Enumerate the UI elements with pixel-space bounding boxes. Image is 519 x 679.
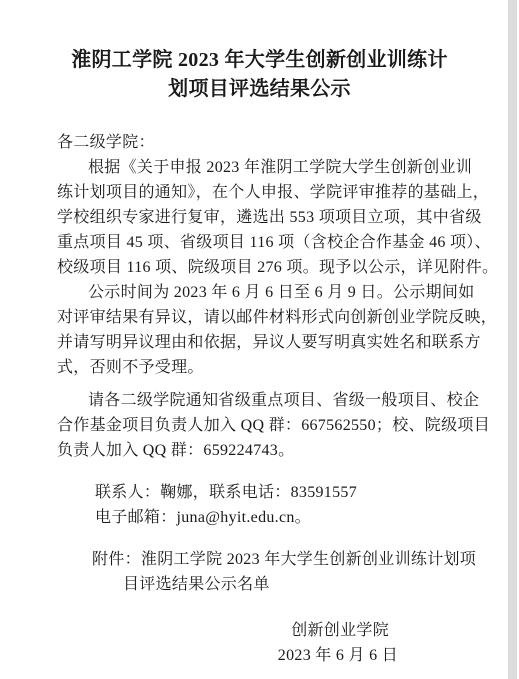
- paragraph-line: 请各二级学院通知省级重点项目、省级一般项目、校企: [57, 388, 469, 413]
- contact-block: 联系人：鞠娜，联系电话：83591557 电子邮箱：juna@hyit.edu.…: [57, 480, 469, 530]
- paragraph-line: 公示时间为 2023 年 6 月 6 日至 6 月 9 日。公示期间如: [57, 280, 469, 305]
- paragraph-selection-basis: 根据《关于申报 2023 年淮阴工学院大学生创新创业训 练计划项目的通知》，在个…: [57, 155, 469, 280]
- attachment-block: 附件：淮阴工学院 2023 年大学生创新创业训练计划项 目评选结果公示名单: [57, 547, 469, 597]
- paragraph-line: 校级项目 116 项、院级项目 276 项。现予以公示，详见附件。: [57, 255, 469, 280]
- document-title: 淮阴工学院 2023 年大学生创新创业训练计 划项目评选结果公示: [0, 46, 519, 104]
- paragraph-line: 式，否则不予受理。: [57, 355, 469, 380]
- paragraph-line: 并请写明异议理由和依据，异议人要写明真实姓名和联系方: [57, 330, 469, 355]
- document-body: 各二级学院： 根据《关于申报 2023 年淮阴工学院大学生创新创业训 练计划项目…: [0, 130, 519, 668]
- paragraph-line: 合作基金项目负责人加入 QQ 群：667562550；校、院级项目: [57, 413, 469, 438]
- salutation: 各二级学院：: [57, 130, 469, 155]
- paragraph-line: 学校组织专家进行复审，遴选出 553 项项目立项，其中省级: [57, 205, 469, 230]
- paragraph-line: 练计划项目的通知》，在个人申报、学院评审推荐的基础上，: [57, 180, 469, 205]
- attachment-line-1: 附件：淮阴工学院 2023 年大学生创新创业训练计划项: [92, 547, 469, 572]
- paragraph-line: 对评审结果有异议，请以邮件材料形式向创新创业学院反映，: [57, 305, 469, 330]
- page-edge-strip: [508, 0, 517, 679]
- attachment-label: 附件：: [92, 551, 141, 568]
- contact-person-phone: 联系人：鞠娜，联系电话：83591557: [95, 480, 469, 505]
- paragraph-qq-groups: 请各二级学院通知省级重点项目、省级一般项目、校企 合作基金项目负责人加入 QQ …: [57, 388, 469, 463]
- signature-organization: 创新创业学院: [57, 618, 389, 643]
- title-line-1: 淮阴工学院 2023 年大学生创新创业训练计: [40, 46, 479, 75]
- signature-block: 创新创业学院 2023 年 6 月 6 日: [57, 618, 469, 668]
- signature-date: 2023 年 6 月 6 日: [57, 643, 398, 668]
- attachment-title-part-2: 目评选结果公示名单: [123, 572, 469, 597]
- contact-email: 电子邮箱：juna@hyit.edu.cn。: [95, 505, 469, 530]
- paragraph-line: 根据《关于申报 2023 年淮阴工学院大学生创新创业训: [57, 155, 469, 180]
- paragraph-line: 重点项目 45 项、省级项目 116 项（含校企合作基金 46 项）、: [57, 230, 469, 255]
- attachment-title-part-1: 淮阴工学院 2023 年大学生创新创业训练计划项: [141, 551, 476, 568]
- paragraph-publicity-period: 公示时间为 2023 年 6 月 6 日至 6 月 9 日。公示期间如 对评审结…: [57, 280, 469, 380]
- title-line-2: 划项目评选结果公示: [40, 75, 479, 104]
- paragraph-line: 负责人加入 QQ 群：659224743。: [57, 438, 469, 463]
- document-page: 淮阴工学院 2023 年大学生创新创业训练计 划项目评选结果公示 各二级学院： …: [0, 0, 519, 679]
